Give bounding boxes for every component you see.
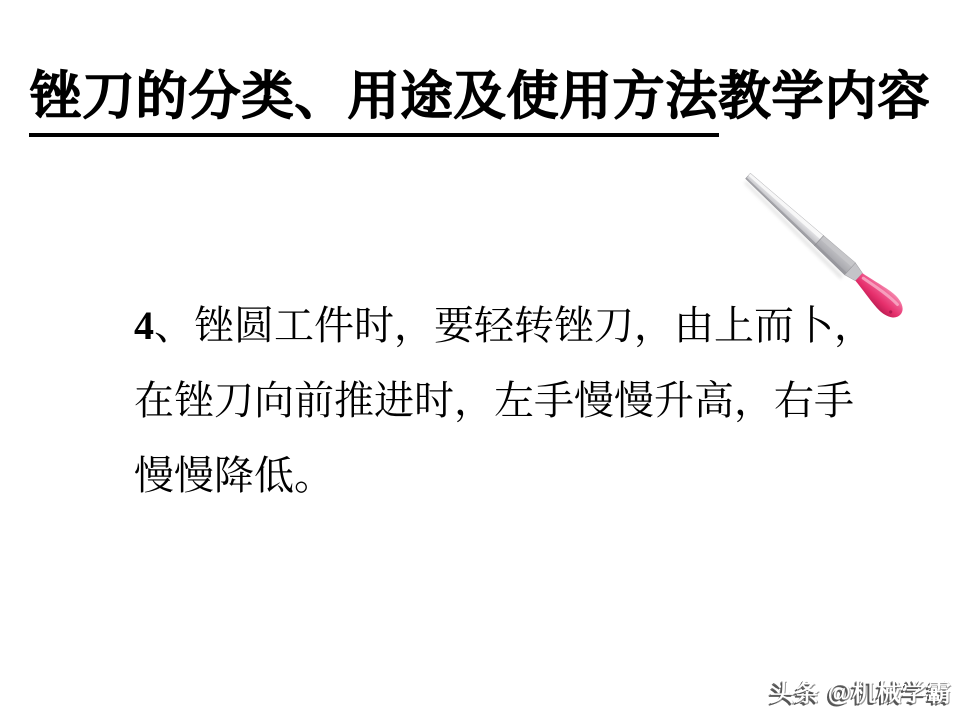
body-line-3: 慢慢降低。	[134, 438, 924, 513]
presentation-slide: 锉刀的分类、用途及使用方法教学内容	[0, 0, 960, 720]
item-number: 4	[134, 303, 154, 348]
body-line-1-text: 、锉圆工件时，要轻转锉刀，由上而卜，	[154, 303, 874, 348]
title-trailing-text: 教学内容	[719, 69, 931, 126]
body-line-2: 在锉刀向前推进时，左手慢慢升高，右手	[134, 363, 924, 438]
body-text-block: 4、锉圆工件时，要轻转锉刀，由上而卜， 在锉刀向前推进时，左手慢慢升高，右手 慢…	[134, 288, 924, 513]
watermark: 头条 @机械学霸	[770, 673, 952, 708]
title-underlined-text: 锉刀的分类、用途及使用方法	[29, 69, 718, 137]
body-line-1: 4、锉圆工件时，要轻转锉刀，由上而卜，	[134, 288, 924, 363]
page-title: 锉刀的分类、用途及使用方法教学内容	[0, 54, 960, 129]
